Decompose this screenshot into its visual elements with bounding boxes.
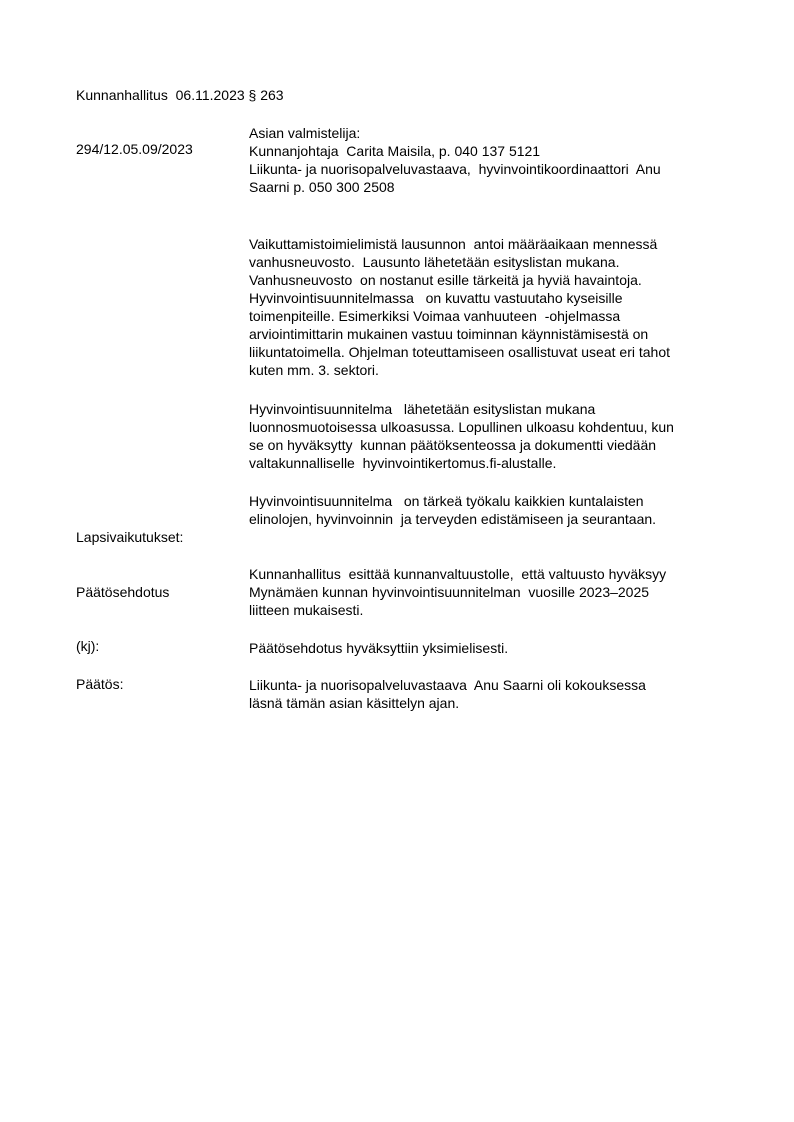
paragraph-line: luonnosmuotoisessa ulkoasussa. Lopulline… [249,418,739,436]
proposal-text: Kunnanhallitus esittää kunnanvaltuustoll… [249,565,739,619]
preparer-line: Liikunta- ja nuorisopalveluvastaava, hyv… [249,160,739,178]
paragraph-line: Kunnanhallitus esittää kunnanvaltuustoll… [249,565,739,583]
paragraph-line: läsnä tämän asian käsittelyn ajan. [249,694,739,712]
decision-label-text: Päätös: [76,675,123,693]
preparer-heading: Asian valmistelija: [249,124,739,142]
paragraph-line: arviointimittarin mukainen vastuu toimin… [249,325,739,343]
paragraph-line: Vaikuttamistoimielimistä lausunnon antoi… [249,235,739,253]
decision-label: Päätös: [76,639,123,729]
preparer-line: Saarni p. 050 300 2508 [249,178,739,196]
paragraph-line: Liikunta- ja nuorisopalveluvastaava Anu … [249,676,739,694]
preparer-block: Asian valmistelija: Kunnanjohtaja Carita… [249,124,739,196]
paragraph-line: liitteen mukaisesti. [249,601,739,619]
decision-text: Päätösehdotus hyväksyttiin yksimielisest… [249,639,739,657]
child-impacts-label-text: Lapsivaikutukset: [76,528,183,546]
paragraph-line: toimenpiteille. Esimerkiksi Voimaa vanhu… [249,307,739,325]
paragraph-line: vanhusneuvosto. Lausunto lähetetään esit… [249,253,739,271]
paragraph-line: valtakunnalliselle hyvinvointikertomus.f… [249,454,739,472]
paragraph-line: se on hyväksytty kunnan päätöksenteossa … [249,436,739,454]
paragraph-line: Hyvinvointisuunnitelma lähetetään esitys… [249,400,739,418]
paragraph-line: Päätösehdotus hyväksyttiin yksimielisest… [249,639,739,657]
paragraph-line: liikuntatoimella. Ohjelman toteuttamisee… [249,343,739,361]
paragraph-line: Mynämäen kunnan hyvinvointisuunnitelman … [249,583,739,601]
body-paragraph-1: Vaikuttamistoimielimistä lausunnon antoi… [249,235,739,379]
paragraph-line: elinolojen, hyvinvoinnin ja terveyden ed… [249,510,739,528]
proposal-label-line: Päätösehdotus [76,583,169,601]
decision-note: Liikunta- ja nuorisopalveluvastaava Anu … [249,676,739,712]
paragraph-line: Vanhusneuvosto on nostanut esille tärkei… [249,271,739,289]
child-impacts-text: Hyvinvointisuunnitelma on tärkeä työkalu… [249,492,739,528]
paragraph-line: Hyvinvointisuunnitelma on tärkeä työkalu… [249,492,739,510]
paragraph-line: kuten mm. 3. sektori. [249,361,739,379]
body-paragraph-2: Hyvinvointisuunnitelma lähetetään esitys… [249,400,739,472]
paragraph-line: Hyvinvointisuunnitelmassa on kuvattu vas… [249,289,739,307]
meeting-reference: Kunnanhallitus 06.11.2023 § 263 [76,86,284,104]
preparer-line: Kunnanjohtaja Carita Maisila, p. 040 137… [249,142,739,160]
document-page: Kunnanhallitus 06.11.2023 § 263 294/12.0… [0,0,794,1122]
